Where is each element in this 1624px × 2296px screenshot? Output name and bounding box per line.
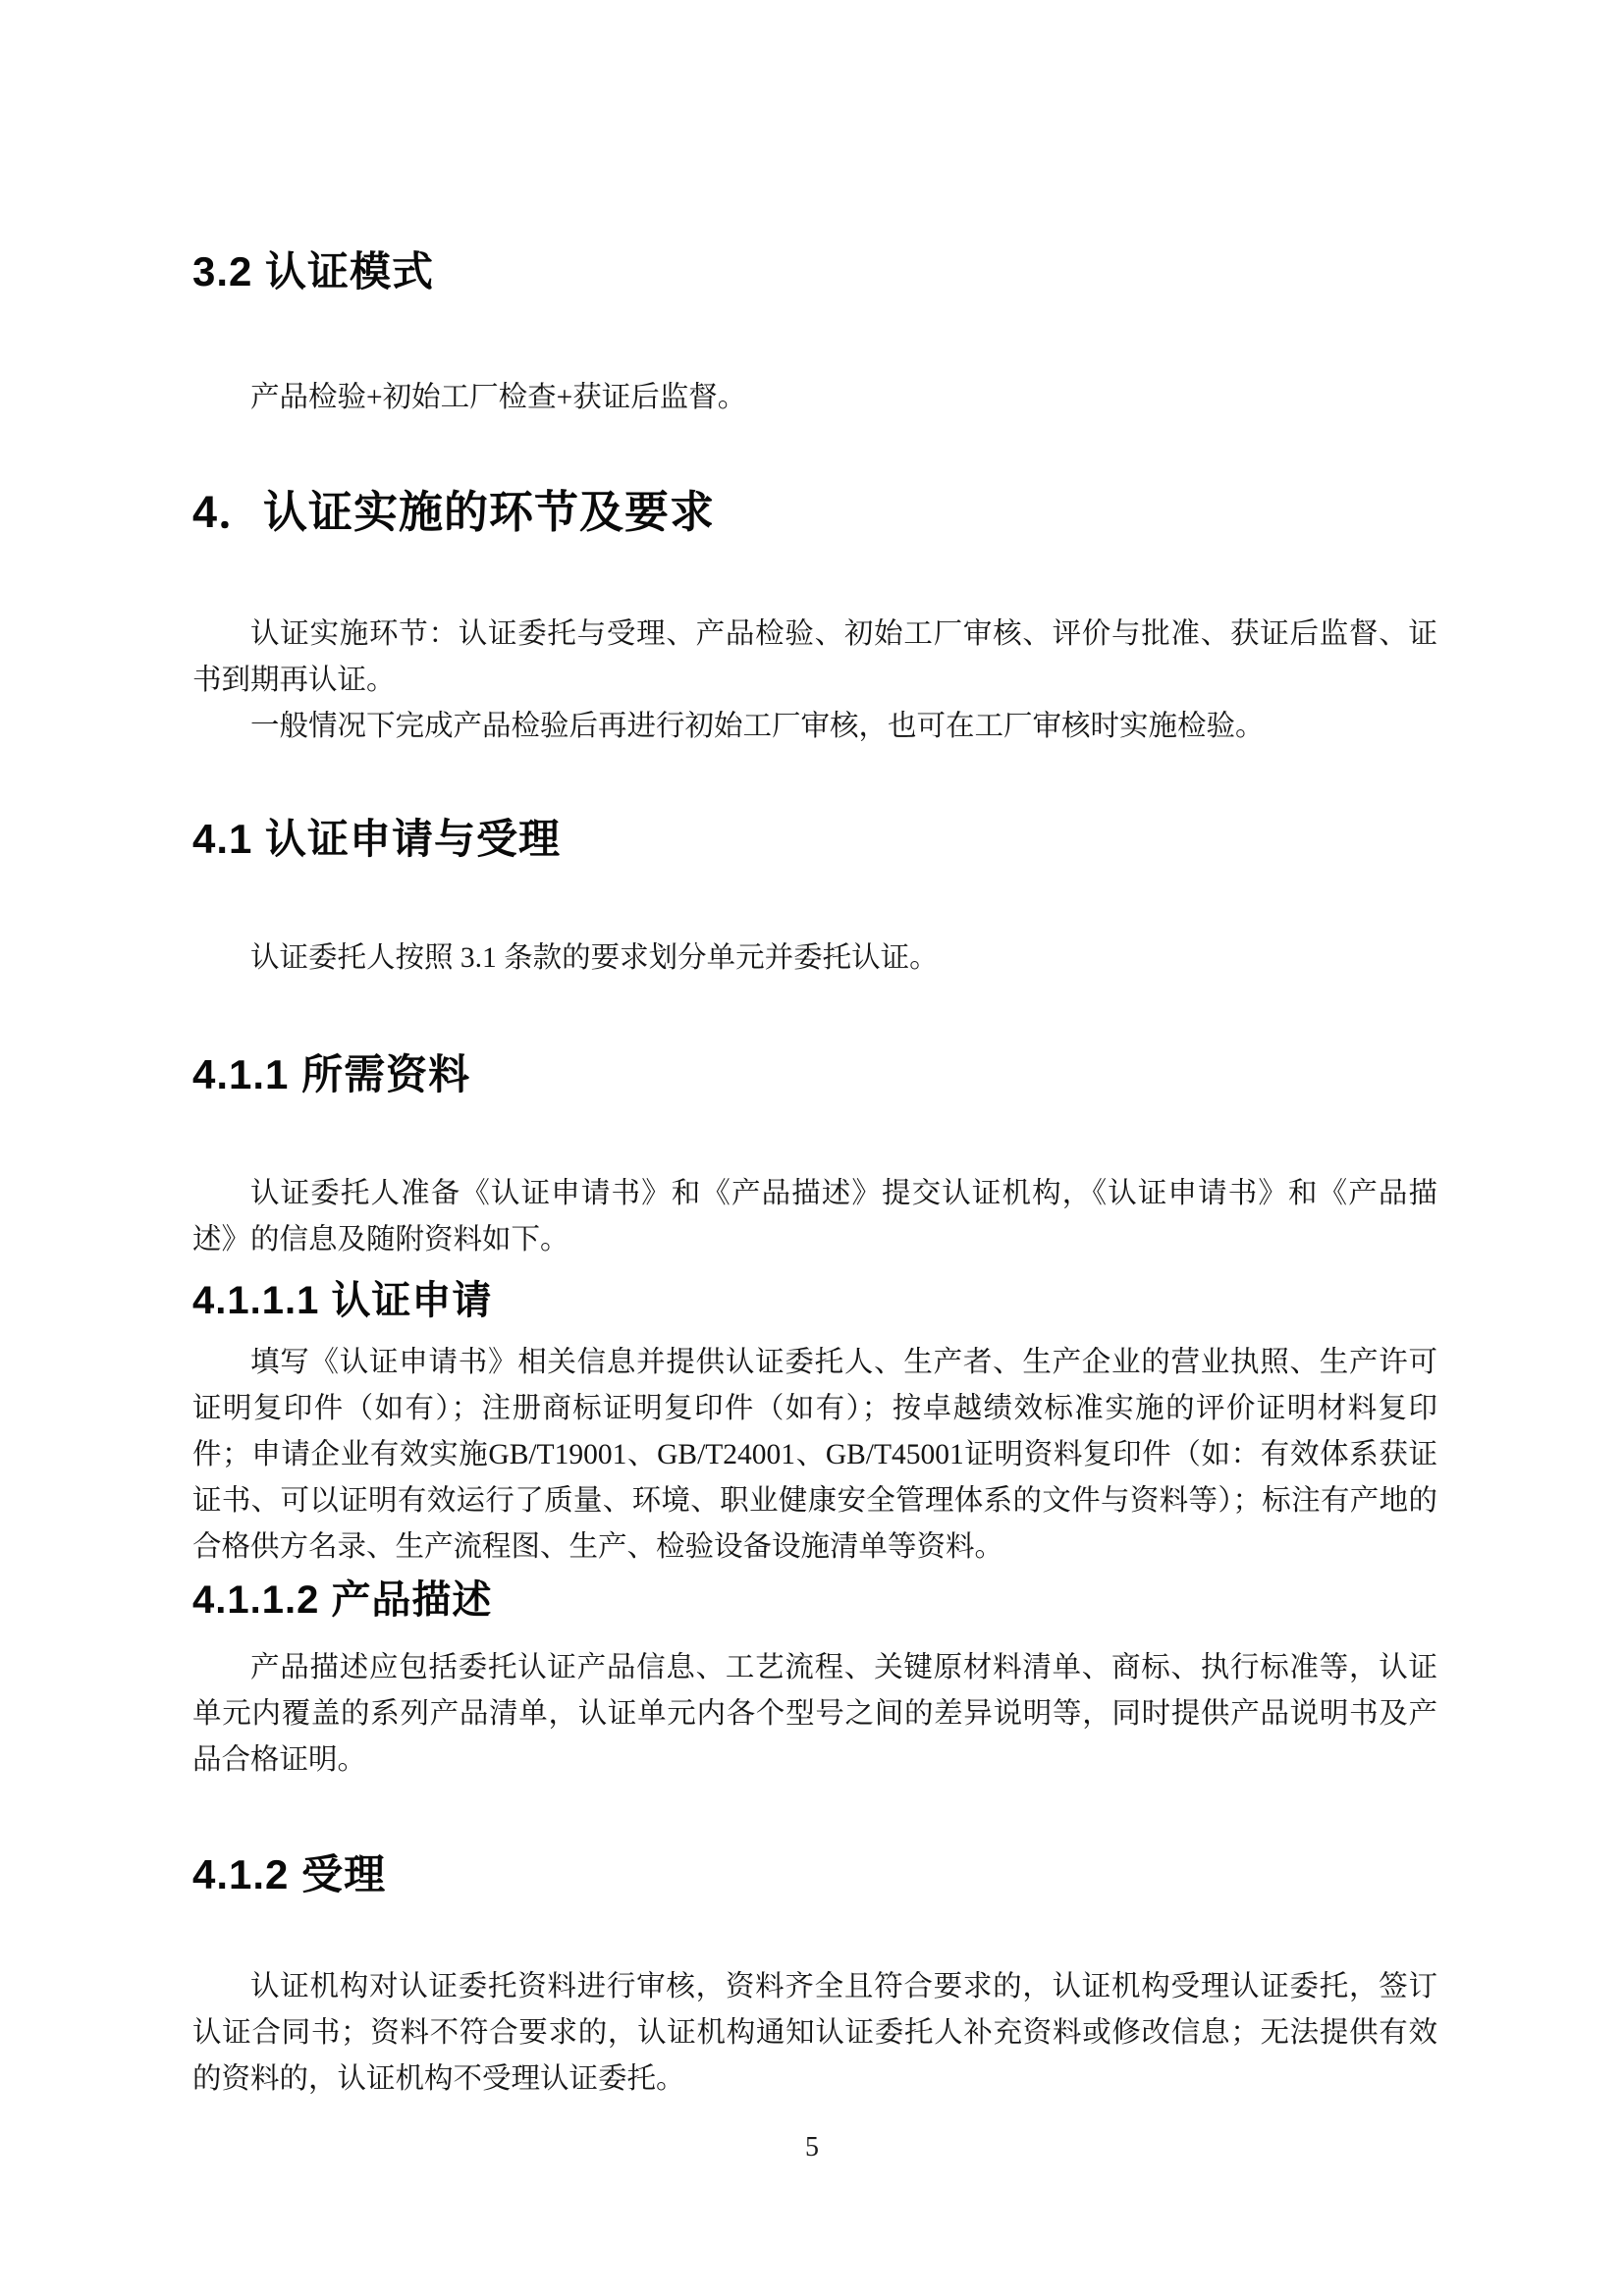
heading-4-1-1-1-certification-application: 4.1.1.1 认证申请 xyxy=(192,1277,1437,1324)
paragraph-application-units: 认证委托人按照 3.1 条款的要求划分单元并委托认证。 xyxy=(192,935,1437,982)
paragraph-implementation-order: 一般情况下完成产品检验后再进行初始工厂审核，也可在工厂审核时实施检验。 xyxy=(192,704,1437,750)
paragraph-required-materials: 认证委托人准备《认证申请书》和《产品描述》提交认证机构，《认证申请书》和《产品描… xyxy=(192,1171,1437,1263)
document-content: 3.2 认证模式 产品检验+初始工厂检查+获证后监督。 4．认证实施的环节及要求… xyxy=(0,0,1624,2103)
heading-4-1-2-acceptance: 4.1.2 受理 xyxy=(192,1850,1437,1899)
heading-3-2-certification-mode: 3.2 认证模式 xyxy=(192,247,1437,296)
heading-4-1-application-acceptance: 4.1 认证申请与受理 xyxy=(192,815,1437,864)
paragraph-certification-mode: 产品检验+初始工厂检查+获证后监督。 xyxy=(192,375,1437,421)
page-number: 5 xyxy=(0,2132,1624,2163)
document-page: 3.2 认证模式 产品检验+初始工厂检查+获证后监督。 4．认证实施的环节及要求… xyxy=(0,0,1624,2296)
heading-4-implementation-requirements: 4．认证实施的环节及要求 xyxy=(192,486,1437,539)
paragraph-implementation-links: 认证实施环节：认证委托与受理、产品检验、初始工厂审核、评价与批准、获证后监督、证… xyxy=(192,612,1437,704)
heading-4-1-1-required-materials: 4.1.1 所需资料 xyxy=(192,1050,1437,1099)
paragraph-acceptance-details: 认证机构对认证委托资料进行审核，资料齐全且符合要求的，认证机构受理认证委托，签订… xyxy=(192,1964,1437,2103)
heading-4-1-1-2-product-description: 4.1.1.2 产品描述 xyxy=(192,1576,1437,1624)
paragraph-product-description-details: 产品描述应包括委托认证产品信息、工艺流程、关键原材料清单、商标、执行标准等，认证… xyxy=(192,1645,1437,1784)
paragraph-certification-application-details: 填写《认证申请书》相关信息并提供认证委托人、生产者、生产企业的营业执照、生产许可… xyxy=(192,1340,1437,1571)
